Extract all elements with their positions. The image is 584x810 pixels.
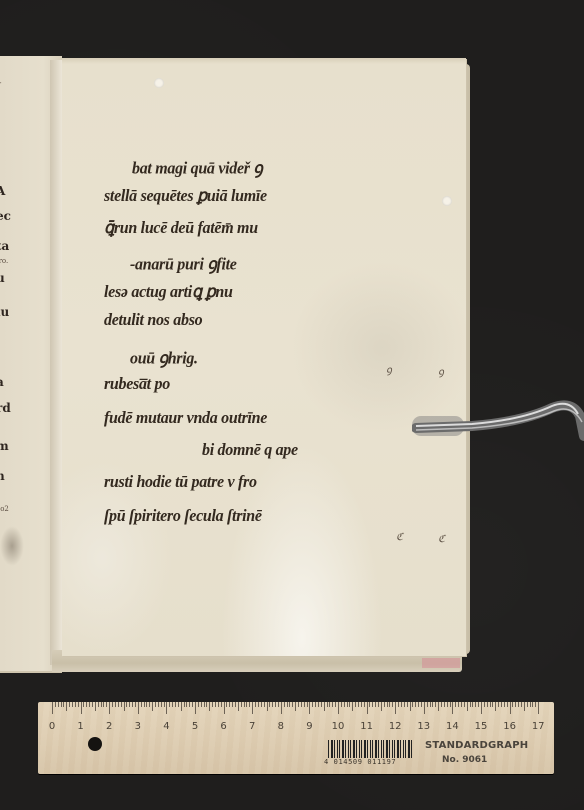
manuscript-line: rusti hodie tū patre v fro (104, 474, 257, 493)
ruler-tick (232, 702, 233, 707)
ruler-tick (492, 702, 493, 707)
ruler-tick (478, 702, 479, 707)
ruler-tick (312, 702, 313, 707)
ruler-tick (355, 702, 356, 707)
ruler-tick (118, 702, 119, 707)
ruler-tick (249, 702, 250, 707)
ruler-number: 14 (446, 721, 459, 732)
ruler-tick (81, 702, 82, 714)
manuscript-line: ꝗ̄run lucē deū fatēm̄ mu (104, 218, 258, 239)
ruler-tick (241, 702, 242, 707)
ruler-tick (527, 702, 528, 707)
ruler-tick (115, 702, 116, 707)
ruler-tick (244, 702, 245, 707)
ruler-tick (158, 702, 159, 707)
ruler-tick (389, 702, 390, 707)
left-page-fragment: m (0, 440, 9, 452)
ruler-tick (141, 702, 142, 707)
ruler-tick (178, 702, 179, 707)
left-page-fragment: a (0, 376, 4, 388)
manuscript-line: detulit nos abso (104, 312, 202, 331)
ruler-tick (461, 702, 462, 707)
manuscript-text: bat magi quā videř ꝯstellā sequētes ꝑuiā… (62, 58, 466, 656)
ruler-tick (464, 702, 465, 707)
ruler-tick (510, 702, 511, 714)
ruler-tick (481, 702, 482, 714)
ruler-number: 13 (417, 721, 430, 732)
ruler-tick (149, 702, 150, 707)
ruler-tick (458, 702, 459, 707)
ruler-tick (418, 702, 419, 707)
ruler-tick (358, 702, 359, 707)
ruler-tick (352, 702, 353, 711)
ruler-tick (447, 702, 448, 707)
ruler-number: 12 (389, 721, 402, 732)
ruler-tick (421, 702, 422, 707)
ruler-tick (89, 702, 90, 707)
ruler-number: 3 (135, 721, 141, 732)
ruler-tick (226, 702, 227, 707)
ruler-tick (432, 702, 433, 707)
ruler-tick (487, 702, 488, 707)
ruler-tick (329, 702, 330, 707)
ruler-tick (124, 702, 125, 711)
ruler-tick (327, 702, 328, 707)
ruler-tick (332, 702, 333, 707)
ruler-tick (430, 702, 431, 707)
ruler-number: 0 (49, 721, 55, 732)
ruler-tick (252, 702, 253, 714)
ruler-tick (384, 702, 385, 707)
ruler-tick (121, 702, 122, 707)
barcode (328, 740, 412, 758)
ruler-tick (321, 702, 322, 707)
ruler-tick (441, 702, 442, 707)
ruler-tick (538, 702, 539, 714)
left-page-fragment: ec (0, 210, 11, 222)
ruler-tick (504, 702, 505, 707)
ruler-tick (181, 702, 182, 711)
ruler-tick (238, 702, 239, 711)
ruler-tick (61, 702, 62, 707)
ruler-tick (98, 702, 99, 707)
ruler-tick (255, 702, 256, 707)
ruler-tick (258, 702, 259, 707)
ruler-tick (278, 702, 279, 707)
ruler-tick (126, 702, 127, 707)
ruler-tick (347, 702, 348, 707)
ruler-tick (86, 702, 87, 707)
ruler-tick (470, 702, 471, 707)
ruler-tick (450, 702, 451, 707)
ruler-number: 5 (192, 721, 198, 732)
ruler-tick (184, 702, 185, 707)
ruler-tick (287, 702, 288, 707)
ruler-tick (272, 702, 273, 707)
ruler-tick (106, 702, 107, 707)
ruler-tick (101, 702, 102, 707)
ruler-tick (372, 702, 373, 707)
ruler-tick (410, 702, 411, 711)
ruler-tick (307, 702, 308, 707)
ruler-tick (452, 702, 453, 714)
ruler-tick (261, 702, 262, 707)
ruler-tick (475, 702, 476, 707)
ruler-tick (55, 702, 56, 707)
ruler-tick (103, 702, 104, 707)
ink-stain (0, 526, 24, 566)
ruler-tick (484, 702, 485, 707)
ruler-tick (109, 702, 110, 714)
ruler-tick (78, 702, 79, 707)
ruler-tick (498, 702, 499, 707)
manuscript-line: bat magi quā videř ꝯ (132, 155, 263, 178)
ruler-tick (92, 702, 93, 707)
left-page-fragment: iu (0, 306, 9, 318)
ruler-number: 11 (360, 721, 373, 732)
ruler-tick (229, 702, 230, 707)
ruler-hang-hole (88, 737, 102, 751)
left-page-fragment: fro. (0, 258, 8, 265)
ruler-number: 17 (532, 721, 545, 732)
left-page-fragment: oo2 (0, 506, 9, 513)
ruler-tick (298, 702, 299, 707)
left-page-fragment: + (0, 80, 2, 87)
ruler-tick (281, 702, 282, 714)
ruler-tick (304, 702, 305, 707)
ruler-tick (324, 702, 325, 711)
ruler-number: 2 (106, 721, 112, 732)
ruler-tick (275, 702, 276, 707)
ruler-tick (164, 702, 165, 707)
ruler-tick (75, 702, 76, 707)
ruler-tick (378, 702, 379, 707)
ruler-tick (309, 702, 310, 714)
ruler-tick (490, 702, 491, 707)
ruler-tick (192, 702, 193, 707)
ruler-tick (438, 702, 439, 711)
ruler-tick (401, 702, 402, 707)
ruler-tick (424, 702, 425, 714)
ruler-number: 1 (77, 721, 83, 732)
manuscript-line: rubesa̅t po (104, 376, 170, 395)
ruler-tick (69, 702, 70, 707)
ruler-number: 8 (278, 721, 284, 732)
ruler-tick (341, 702, 342, 707)
ruler-tick (455, 702, 456, 707)
ruler-number: 6 (220, 721, 226, 732)
ruler-tick (246, 702, 247, 707)
ruler-tick (369, 702, 370, 707)
ruler-tick (512, 702, 513, 707)
ruler-number: 7 (249, 721, 255, 732)
ruler-tick (218, 702, 219, 707)
ruler-tick (392, 702, 393, 707)
ruler-tick (412, 702, 413, 707)
ruler-tick (387, 702, 388, 707)
ruler-tick (501, 702, 502, 707)
ruler-tick (58, 702, 59, 707)
ruler-tick (284, 702, 285, 707)
ruler-tick (172, 702, 173, 707)
ruler-tick (532, 702, 533, 707)
ruler-tick (318, 702, 319, 707)
ruler-tick (289, 702, 290, 707)
ruler-tick (224, 702, 225, 714)
manuscript-line: lesǝ actug artiꝗ ꝑnu (104, 282, 233, 303)
ruler-tick (395, 702, 396, 714)
ruler-tick (467, 702, 468, 711)
ruler-tick (524, 702, 525, 711)
ruler-number: 16 (503, 721, 516, 732)
barcode-number: 4 014509 011197 (324, 758, 396, 766)
ruler-tick (66, 702, 67, 711)
ruler-tick (435, 702, 436, 707)
red-stain (422, 658, 460, 668)
ruler-tick (269, 702, 270, 707)
ruler-model: No. 9061 (442, 755, 487, 765)
ruler-tick (166, 702, 167, 714)
manuscript-line: -anarū puri ꝯfite (130, 251, 237, 274)
ruler-tick (404, 702, 405, 707)
ruler-number: 15 (475, 721, 488, 732)
ruler-tick (444, 702, 445, 707)
ruler-tick (398, 702, 399, 707)
manuscript-line: ſpū ſpiritero ſecula ſtrinē (104, 508, 262, 527)
ruler-tick (315, 702, 316, 707)
left-page-fragment: n (0, 470, 5, 482)
ruler-tick (472, 702, 473, 707)
left-page-fragment: rd (0, 402, 11, 414)
ruler-tick (204, 702, 205, 707)
ruler-tick (52, 702, 53, 714)
ruler-tick (415, 702, 416, 707)
ruler-tick (264, 702, 265, 707)
ruler-tick (381, 702, 382, 711)
ruler-tick (375, 702, 376, 707)
ruler-tick (518, 702, 519, 707)
ruler-tick (152, 702, 153, 711)
left-page-fragment: ta (0, 240, 9, 252)
ruler-tick (129, 702, 130, 707)
ruler-tick (175, 702, 176, 707)
ruler-tick (112, 702, 113, 707)
ruler-tick (335, 702, 336, 707)
ruler-tick (95, 702, 96, 711)
ruler-tick (195, 702, 196, 714)
ruler-tick (155, 702, 156, 707)
ruler-brand: STANDARDGRAPH (425, 740, 528, 751)
ruler-tick (367, 702, 368, 714)
ruler-tick (198, 702, 199, 707)
ruler-tick (364, 702, 365, 707)
ruler-tick (63, 702, 64, 707)
ruler-tick (169, 702, 170, 707)
ruler-tick (530, 702, 531, 707)
ruler-tick (189, 702, 190, 707)
margin-mark: ꝯ (438, 364, 444, 378)
ruler-tick (83, 702, 84, 707)
ruler-tick (206, 702, 207, 707)
scale-ruler: 01234567891011121314151617 4 014509 0111… (38, 702, 554, 774)
ruler-tick (215, 702, 216, 707)
left-page-fragment: u (0, 272, 5, 284)
ruler-tick (146, 702, 147, 707)
ruler-tick (72, 702, 73, 707)
manuscript-line: stellā sequētes ꝑuiā lumīe (104, 186, 267, 207)
ruler-tick (186, 702, 187, 707)
ruler-tick (507, 702, 508, 707)
manuscript-line: bi domnē q ape (202, 442, 298, 461)
ruler-tick (221, 702, 222, 707)
ruler-tick (132, 702, 133, 707)
margin-mark: ꝯ (386, 362, 392, 376)
ruler-tick (349, 702, 350, 707)
ruler-tick (344, 702, 345, 707)
ruler-tick (427, 702, 428, 707)
ruler-tick (338, 702, 339, 714)
ruler-tick (201, 702, 202, 707)
manuscript-line: ouū ꝯhrig. (130, 345, 198, 368)
margin-mark: ℭ (396, 532, 403, 543)
ruler-tick (301, 702, 302, 707)
ruler-tick (212, 702, 213, 707)
ruler-tick (361, 702, 362, 707)
ruler-tick (292, 702, 293, 707)
ruler-number: 9 (306, 721, 312, 732)
ruler-tick (135, 702, 136, 707)
ruler-tick (407, 702, 408, 707)
ruler-tick (495, 702, 496, 711)
ruler-tick (535, 702, 536, 707)
ruler-number: 4 (163, 721, 169, 732)
ruler-tick (295, 702, 296, 711)
right-page: bat magi quā videř ꝯstellā sequētes ꝑuiā… (62, 58, 466, 656)
ruler-tick (144, 702, 145, 707)
ruler-tick (267, 702, 268, 711)
margin-mark: ℭ (438, 534, 445, 545)
manuscript-line: fudē mutaur vnda outrīne (104, 410, 267, 429)
left-page-fragment: A (0, 185, 5, 197)
ruler-tick (161, 702, 162, 707)
ruler-tick (515, 702, 516, 707)
ruler-tick (521, 702, 522, 707)
metal-clip (412, 396, 584, 446)
ruler-tick (235, 702, 236, 707)
ruler-tick (138, 702, 139, 714)
ruler-tick (209, 702, 210, 711)
ruler-number: 10 (332, 721, 345, 732)
